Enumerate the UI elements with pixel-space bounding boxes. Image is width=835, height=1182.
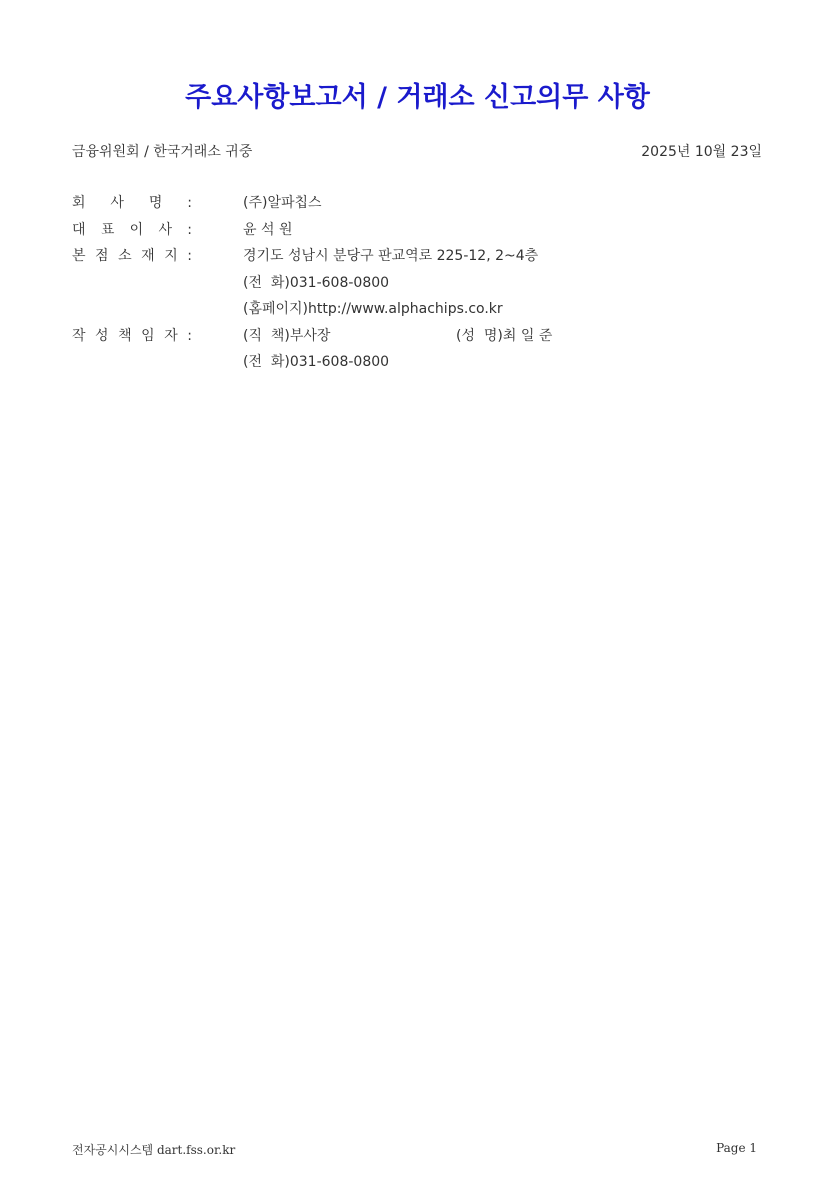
label-char: 책 xyxy=(118,325,132,347)
label-char: 재 xyxy=(141,245,155,267)
responsible-person-position: (직 책)부사장 xyxy=(243,325,330,347)
document-title: 주요사항보고서 / 거래소 신고의무 사항 xyxy=(0,80,835,116)
responsible-person-phone-row: (전 화)031-608-0800 xyxy=(72,351,772,378)
label-char: 성 xyxy=(95,325,109,347)
label-char: 명 xyxy=(149,192,163,214)
label-char: : xyxy=(187,245,192,267)
label-char: 지 xyxy=(164,245,178,267)
label-char: 표 xyxy=(101,219,115,241)
ceo-label: 대 표 이 사 : xyxy=(72,219,192,241)
label-char: 이 xyxy=(130,219,144,241)
label-char: 본 xyxy=(72,245,86,267)
label-char: : xyxy=(187,192,192,214)
label-char: 작 xyxy=(72,325,86,347)
footer-system: 전자공시시스템 dart.fss.or.kr xyxy=(72,1141,235,1158)
responsible-person-label: 작 성 책 임 자 : xyxy=(72,325,192,347)
label-char: 소 xyxy=(118,245,132,267)
homepage-row: (홈페이지)http://www.alphachips.co.kr xyxy=(72,298,772,325)
header-row: 금융위원회 / 한국거래소 귀중 2025년 10월 23일 xyxy=(72,141,762,163)
head-office-label: 본 점 소 재 지 : xyxy=(72,245,192,267)
homepage-link[interactable]: (홈페이지)http://www.alphachips.co.kr xyxy=(243,298,503,320)
head-office-phone: (전 화)031-608-0800 xyxy=(243,272,389,294)
company-name-row: 회 사 명 : (주)알파칩스 xyxy=(72,192,772,219)
responsible-person-phone: (전 화)031-608-0800 xyxy=(243,351,389,373)
company-name-label: 회 사 명 : xyxy=(72,192,192,214)
responsible-person-row: 작 성 책 임 자 : (직 책)부사장 (성 명)최 일 준 xyxy=(72,325,772,352)
label-char: : xyxy=(187,219,192,241)
label-char: 대 xyxy=(72,219,86,241)
head-office-row: 본 점 소 재 지 : 경기도 성남시 분당구 판교역로 225-12, 2~4… xyxy=(72,245,772,272)
head-office-phone-row: (전 화)031-608-0800 xyxy=(72,272,772,299)
ceo-value: 윤 석 원 xyxy=(243,219,292,241)
label-char: 점 xyxy=(95,245,109,267)
label-char: 사 xyxy=(158,219,172,241)
label-char: 임 xyxy=(141,325,155,347)
company-info: 회 사 명 : (주)알파칩스 대 표 이 사 : 윤 석 원 본 점 소 재 … xyxy=(72,192,772,378)
ceo-row: 대 표 이 사 : 윤 석 원 xyxy=(72,219,772,246)
label-char: 사 xyxy=(110,192,124,214)
company-name-value: (주)알파칩스 xyxy=(243,192,322,214)
head-office-address: 경기도 성남시 분당구 판교역로 225-12, 2~4층 xyxy=(243,245,538,267)
label-char: 회 xyxy=(72,192,86,214)
label-char: : xyxy=(187,325,192,347)
report-date: 2025년 10월 23일 xyxy=(641,141,762,163)
responsible-person-name: (성 명)최 일 준 xyxy=(456,325,552,347)
label-char: 자 xyxy=(164,325,178,347)
footer-page-number: Page 1 xyxy=(716,1141,757,1155)
recipient: 금융위원회 / 한국거래소 귀중 xyxy=(72,141,252,163)
